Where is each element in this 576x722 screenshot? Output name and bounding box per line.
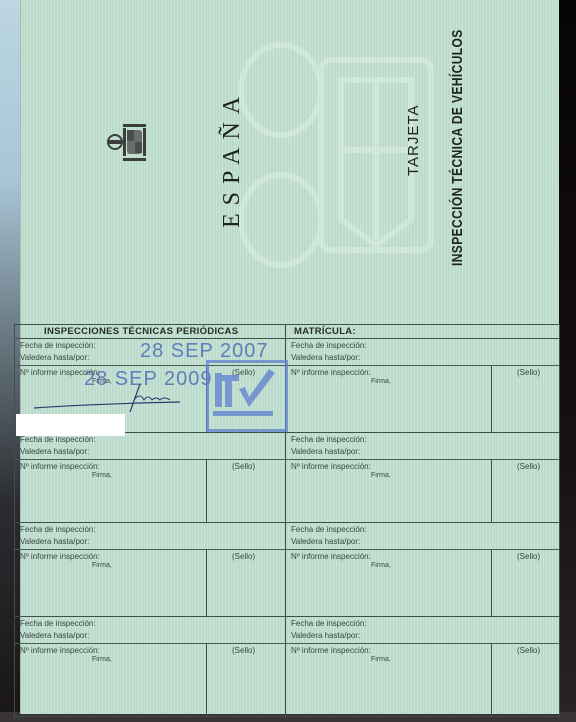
- valid-until-label: Valedera hasta/por:: [20, 353, 89, 362]
- date-label: Fecha de inspección:: [20, 619, 96, 628]
- date-label: Fecha de inspección:: [291, 435, 367, 444]
- coat-of-arms-icon: [105, 118, 151, 166]
- report-number-label: Nº informe inspección:: [20, 552, 100, 561]
- signature-label: Firma,: [371, 562, 391, 569]
- block-divider: [285, 549, 559, 550]
- seal-label: (Sello): [517, 462, 540, 471]
- block-bottom-border: [14, 716, 285, 717]
- signature-label: Firma,: [371, 656, 391, 663]
- date-label: Fecha de inspección:: [20, 341, 96, 350]
- seal-divider: [206, 549, 207, 616]
- signature-label: Firma,: [92, 562, 112, 569]
- table-right-border: [559, 324, 560, 719]
- right-header: MATRÍCULA:: [294, 326, 356, 337]
- seal-divider: [491, 549, 492, 616]
- valid-until-label: Valedera hasta/por:: [20, 537, 89, 546]
- seal-label: (Sello): [517, 552, 540, 561]
- seal-label: (Sello): [232, 646, 255, 655]
- inspection-block: Fecha de inspección: Valedera hasta/por:…: [14, 522, 285, 616]
- watermark-seal-icon: [211, 20, 471, 290]
- report-number-label: Nº informe inspección:: [20, 462, 100, 471]
- signature-label: Firma,: [371, 378, 391, 385]
- seal-divider: [206, 459, 207, 522]
- block-divider: [14, 643, 285, 644]
- itv-logo-icon: [209, 363, 279, 423]
- seal-label: (Sello): [517, 368, 540, 377]
- valid-until-label: Valedera hasta/por:: [291, 353, 360, 362]
- date-label: Fecha de inspección:: [20, 435, 96, 444]
- block-divider: [14, 549, 285, 550]
- signature-label: Firma,: [92, 472, 112, 479]
- inspection-block: Fecha de inspección: Valedera hasta/por:…: [285, 522, 559, 616]
- left-header: INSPECCIONES TÉCNICAS PERIÓDICAS: [44, 326, 238, 337]
- report-number-label: Nº informe inspección:: [291, 462, 371, 471]
- date-label: Fecha de inspección:: [291, 525, 367, 534]
- seal-divider: [491, 459, 492, 522]
- inspection-block: Fecha de inspección: Valedera hasta/por:…: [14, 432, 285, 522]
- itv-stamp: [206, 360, 288, 432]
- redacted-area: [16, 414, 125, 436]
- block-bottom-border: [285, 716, 559, 717]
- card-title: INSPECCIÓN TÉCNICA DE VEHÍCULOS: [449, 29, 466, 266]
- valid-until-label: Valedera hasta/por:: [20, 447, 89, 456]
- date-label: Fecha de inspección:: [291, 341, 367, 350]
- report-number-label: Nº informe inspección:: [20, 646, 100, 655]
- report-number-label: Nº informe inspección:: [291, 368, 371, 377]
- date-label: Fecha de inspección:: [291, 619, 367, 628]
- inspection-block: Fecha de inspección: Valedera hasta/por:…: [285, 616, 559, 716]
- country-title: ESPAÑA: [219, 89, 246, 228]
- inspection-block: Fecha de inspección: Valedera hasta/por:…: [285, 432, 559, 522]
- inspection-block: Fecha de inspección: Valedera hasta/por:…: [14, 616, 285, 716]
- table-top-border: [14, 324, 559, 325]
- inspection-block: Fecha de inspección: Valedera hasta/por:…: [285, 338, 559, 432]
- valid-until-label: Valedera hasta/por:: [291, 537, 360, 546]
- inspector-signature: [30, 378, 200, 414]
- signature-label: Firma,: [371, 472, 391, 479]
- block-divider: [14, 459, 285, 460]
- block-divider: [285, 365, 559, 366]
- seal-label: (Sello): [232, 552, 255, 561]
- seal-divider: [491, 365, 492, 432]
- seal-label: (Sello): [232, 462, 255, 471]
- block-divider: [285, 459, 559, 460]
- seal-label: (Sello): [517, 646, 540, 655]
- valid-until-label: Valedera hasta/por:: [291, 631, 360, 640]
- card-type: TARJETA: [405, 105, 422, 176]
- block-divider: [285, 643, 559, 644]
- report-number-label: Nº informe inspección:: [291, 646, 371, 655]
- report-number-label: Nº informe inspección:: [291, 552, 371, 561]
- valid-until-label: Valedera hasta/por:: [291, 447, 360, 456]
- seal-divider: [491, 643, 492, 716]
- seal-divider: [206, 643, 207, 716]
- valid-until-label: Valedera hasta/por:: [20, 631, 89, 640]
- signature-label: Firma,: [92, 656, 112, 663]
- date-label: Fecha de inspección:: [20, 525, 96, 534]
